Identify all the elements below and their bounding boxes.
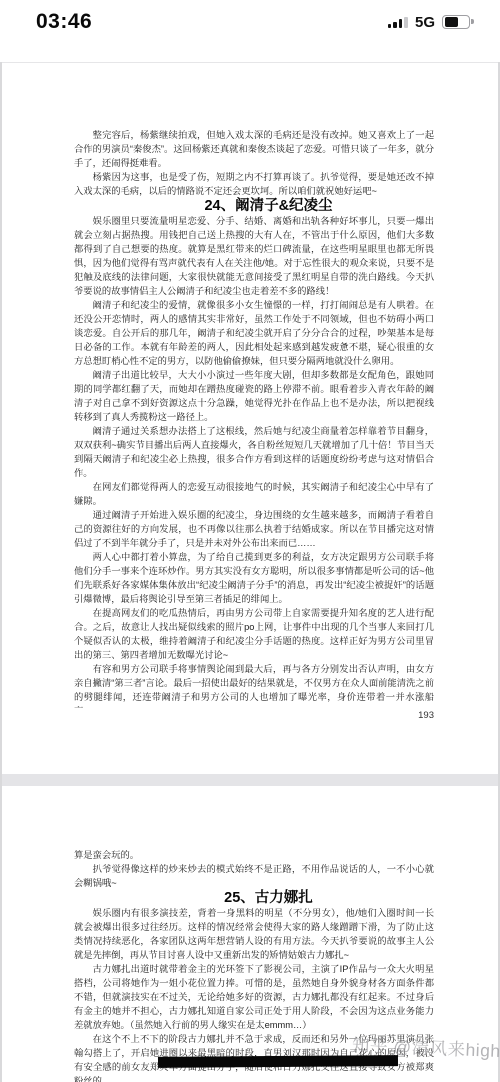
page-number: 193 [74, 710, 434, 721]
page-gap-band [0, 774, 500, 786]
paragraph: 阚清子通过关系想办法搭上了这根线，然后她与纪凌尘商量着怎样靠着节目翻身，双双获利… [74, 424, 434, 480]
paragraph: 阚清子出道比较早，大大小小演过一些年度大剧，但却多数都是女配角色，跟她同期的同学… [74, 368, 434, 424]
section-heading-24: 24、阚清子&纪凌尘 [74, 198, 434, 214]
paragraph: 通过阚清子开始进入娱乐圈的纪凌尘，身边围绕的女生越来越多，而阚清子看着自己的资源… [74, 508, 434, 550]
signal-strength-icon [388, 16, 408, 28]
paragraph: 阚清子和纪凌尘的爱情，就像很多小女生憧憬的一样，打打闹闹总是有人哄着。在还没公开… [74, 298, 434, 368]
photo-left-edge [0, 62, 2, 1082]
status-indicators: 5G [388, 14, 470, 31]
paragraph: 在提高网友们的吃瓜热情后，再由男方公司带上自家需要提升知名度的艺人进行配合。之后… [74, 606, 434, 662]
battery-icon [442, 15, 470, 30]
phone-screen: 03:46 5G 整完容后，杨紫继续拍戏，但她入戏太深的毛病还是没有改掉。她又喜… [0, 0, 500, 1082]
paragraph: 有容和男方公司联手将事情舆论闹到最大后，再与各方分别发出否认声明，由女方亲自撇清… [74, 662, 434, 708]
paragraph: 两人心中都打着小算盘，为了给自己揽到更多的利益，女方决定跟男方公司联手将他们分手… [74, 550, 434, 606]
paragraph: 古力娜扎出道时就带着金主的光环签下了影视公司，主演了IP作品与一众大火明星搭档，… [74, 962, 434, 1032]
paragraph: 扒爷觉得像这样的炒来炒去的模式始终不是正路，不用作品说话的人，一不小心就会糊锅哦… [74, 862, 434, 890]
paragraph: 在网友们都觉得两人的恋爱互动很接地气的时候，其实阚清子和纪凌尘心中早有了嫌隙。 [74, 480, 434, 508]
paragraph: 娱乐圈里只要流量明星恋爱、分手、结婚、离婚和出轨各种好坏事儿，只要一爆出就会立刻… [74, 214, 434, 298]
paragraph: 杨紫因为这事，也是受了伤，短期之内不打算再谈了。扒爷觉得，要是她还改不掉入戏太深… [74, 170, 434, 198]
header-divider [0, 62, 500, 63]
network-type-label: 5G [415, 14, 435, 31]
status-bar: 03:46 5G [0, 0, 500, 44]
section-heading-25: 25、古力娜扎 [74, 890, 434, 906]
clock: 03:46 [36, 10, 92, 34]
document-page-1[interactable]: 整完容后，杨紫继续拍戏，但她入戏太深的毛病还是没有改掉。她又喜欢上了一起合作的男… [74, 128, 434, 708]
paragraph: 算是蛮会玩的。 [74, 848, 434, 862]
paragraph: 整完容后，杨紫继续拍戏，但她入戏太深的毛病还是没有改掉。她又喜欢上了一起合作的男… [74, 128, 434, 170]
paragraph: 娱乐圈内有很多演技差，背着一身黑料的明星（不分男女），他/她们入圈时间一长就会被… [74, 906, 434, 962]
